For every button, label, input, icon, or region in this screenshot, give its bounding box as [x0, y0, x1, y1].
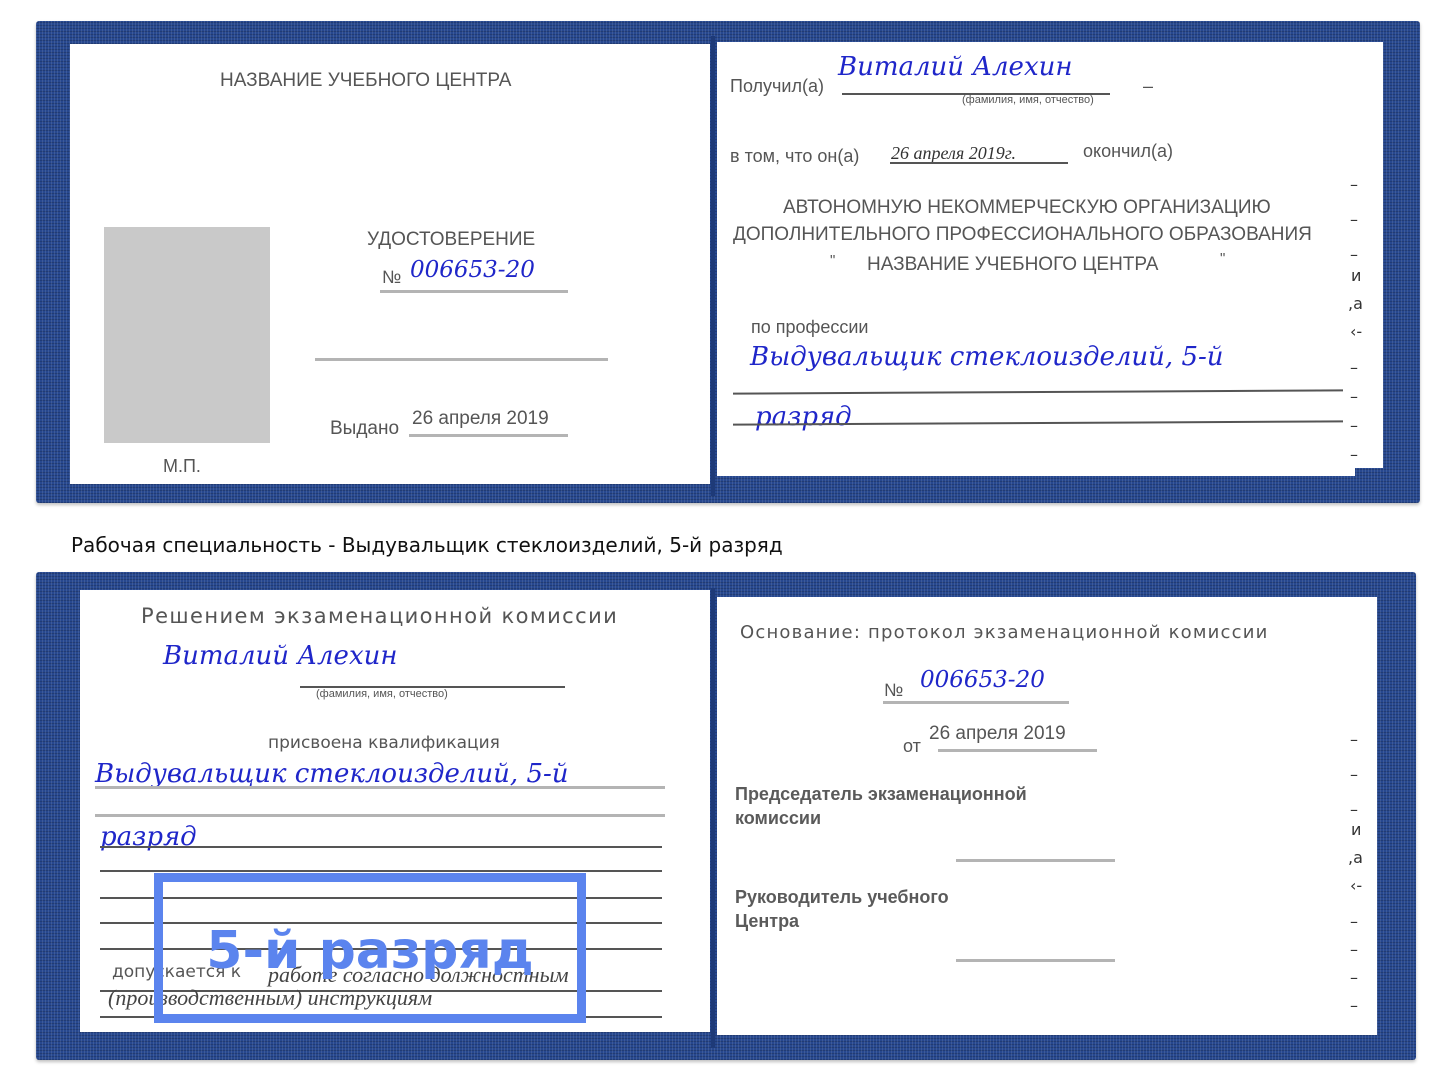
ruled-line — [100, 870, 662, 872]
top-spine — [711, 36, 715, 496]
photo-placeholder — [104, 227, 270, 443]
profession-label: по профессии — [751, 317, 868, 338]
grade-stamp: 5-й разряд — [154, 873, 586, 1023]
document-title: УДОСТОВЕРЕНИЕ — [367, 229, 535, 251]
edge-mark: ,а — [1348, 294, 1363, 313]
completion-date: 26 апреля 2019г. — [891, 143, 1016, 164]
org-line-2: ДОПОЛНИТЕЛЬНОГО ПРОФЕССИОНАЛЬНОГО ОБРАЗО… — [733, 224, 1312, 246]
chairman-label-line-1: Председатель экзаменационной — [735, 784, 1027, 805]
edge-mark: ‹- — [1350, 322, 1362, 341]
protocol-date-underline — [938, 749, 1097, 752]
edge-mark: и — [1351, 820, 1361, 839]
person-name-hint: (фамилия, имя, отчество) — [316, 688, 448, 700]
head-signature-line — [956, 959, 1115, 962]
head-label-line-2: Центра — [735, 911, 799, 932]
protocol-date-label: от — [903, 736, 921, 757]
edge-mark: – — [1350, 940, 1358, 959]
edge-mark: и — [1351, 266, 1361, 285]
edge-mark: – — [1350, 210, 1358, 229]
received-dash: – — [1143, 76, 1153, 97]
protocol-number: 006653-20 — [920, 667, 1045, 693]
number-label: № — [382, 267, 401, 288]
head-label-line-1: Руководитель учебного — [735, 887, 949, 908]
ruled-line — [100, 846, 662, 848]
qualification-underline-2 — [95, 814, 665, 817]
grade-stamp-text: 5-й разряд — [206, 921, 533, 981]
edge-mark: – — [1350, 416, 1358, 435]
edge-mark: – — [1350, 730, 1358, 749]
qualification-underline-1 — [95, 786, 665, 789]
protocol-number-underline — [883, 701, 1069, 704]
qualification-label: присвоена квалификация — [268, 733, 500, 753]
edge-mark: – — [1350, 996, 1358, 1015]
specialty-caption: Рабочая специальность - Выдувальщик стек… — [71, 533, 783, 557]
person-name: Виталий Алехин — [163, 641, 397, 671]
edge-mark: – — [1350, 968, 1358, 987]
org-line-3: НАЗВАНИЕ УЧЕБНОГО ЦЕНТРА — [867, 254, 1159, 276]
edge-mark: ,а — [1348, 848, 1363, 867]
issued-date: 26 апреля 2019 — [412, 408, 549, 430]
org-name-heading: НАЗВАНИЕ УЧЕБНОГО ЦЕНТРА — [220, 70, 512, 92]
qualification-line-2: разряд — [100, 822, 197, 852]
edge-mark: – — [1350, 912, 1358, 931]
edge-mark: – — [1350, 358, 1358, 377]
edge-mark: ‹- — [1350, 876, 1362, 895]
profession-line-1: Выдувальщик стеклоизделий, 5-й — [750, 342, 1224, 372]
bottom-spine — [711, 588, 715, 1048]
received-label: Получил(а) — [730, 76, 824, 97]
recipient-name-hint: (фамилия, имя, отчество) — [962, 94, 1094, 106]
number-underline — [380, 290, 568, 293]
qualification-line-1: Выдувальщик стеклоизделий, 5-й — [95, 759, 569, 789]
completed-label: окончил(а) — [1083, 141, 1173, 162]
profession-line-2: разряд — [755, 402, 852, 432]
issued-date-underline — [409, 434, 568, 437]
certificate-number: 006653-20 — [410, 257, 535, 283]
org-line-3-close-quote: " — [1220, 250, 1225, 267]
org-line-3-open-quote: " — [830, 252, 835, 269]
edge-mark: – — [1350, 245, 1358, 264]
edge-mark: – — [1350, 387, 1358, 406]
chairman-label-line-2: комиссии — [735, 808, 821, 829]
protocol-number-label: № — [884, 680, 903, 701]
edge-mark: – — [1350, 800, 1358, 819]
stamp-place-label: М.П. — [163, 456, 201, 477]
top-right-page-edge — [1355, 42, 1383, 468]
decision-title: Решением экзаменационной комиссии — [141, 604, 618, 628]
edge-mark: – — [1350, 765, 1358, 784]
signature-line — [315, 358, 608, 361]
completion-date-underline — [890, 162, 1068, 164]
recipient-name: Виталий Алехин — [838, 52, 1072, 82]
chairman-signature-line — [956, 859, 1115, 862]
org-line-1: АВТОНОМНУЮ НЕКОММЕРЧЕСКУЮ ОРГАНИЗАЦИЮ — [783, 197, 1271, 219]
basis-title: Основание: протокол экзаменационной коми… — [740, 622, 1269, 643]
edge-mark: – — [1350, 445, 1358, 464]
that-label: в том, что он(а) — [730, 146, 859, 167]
issued-label: Выдано — [330, 418, 399, 440]
protocol-date: 26 апреля 2019 — [929, 723, 1066, 745]
edge-mark: – — [1350, 175, 1358, 194]
